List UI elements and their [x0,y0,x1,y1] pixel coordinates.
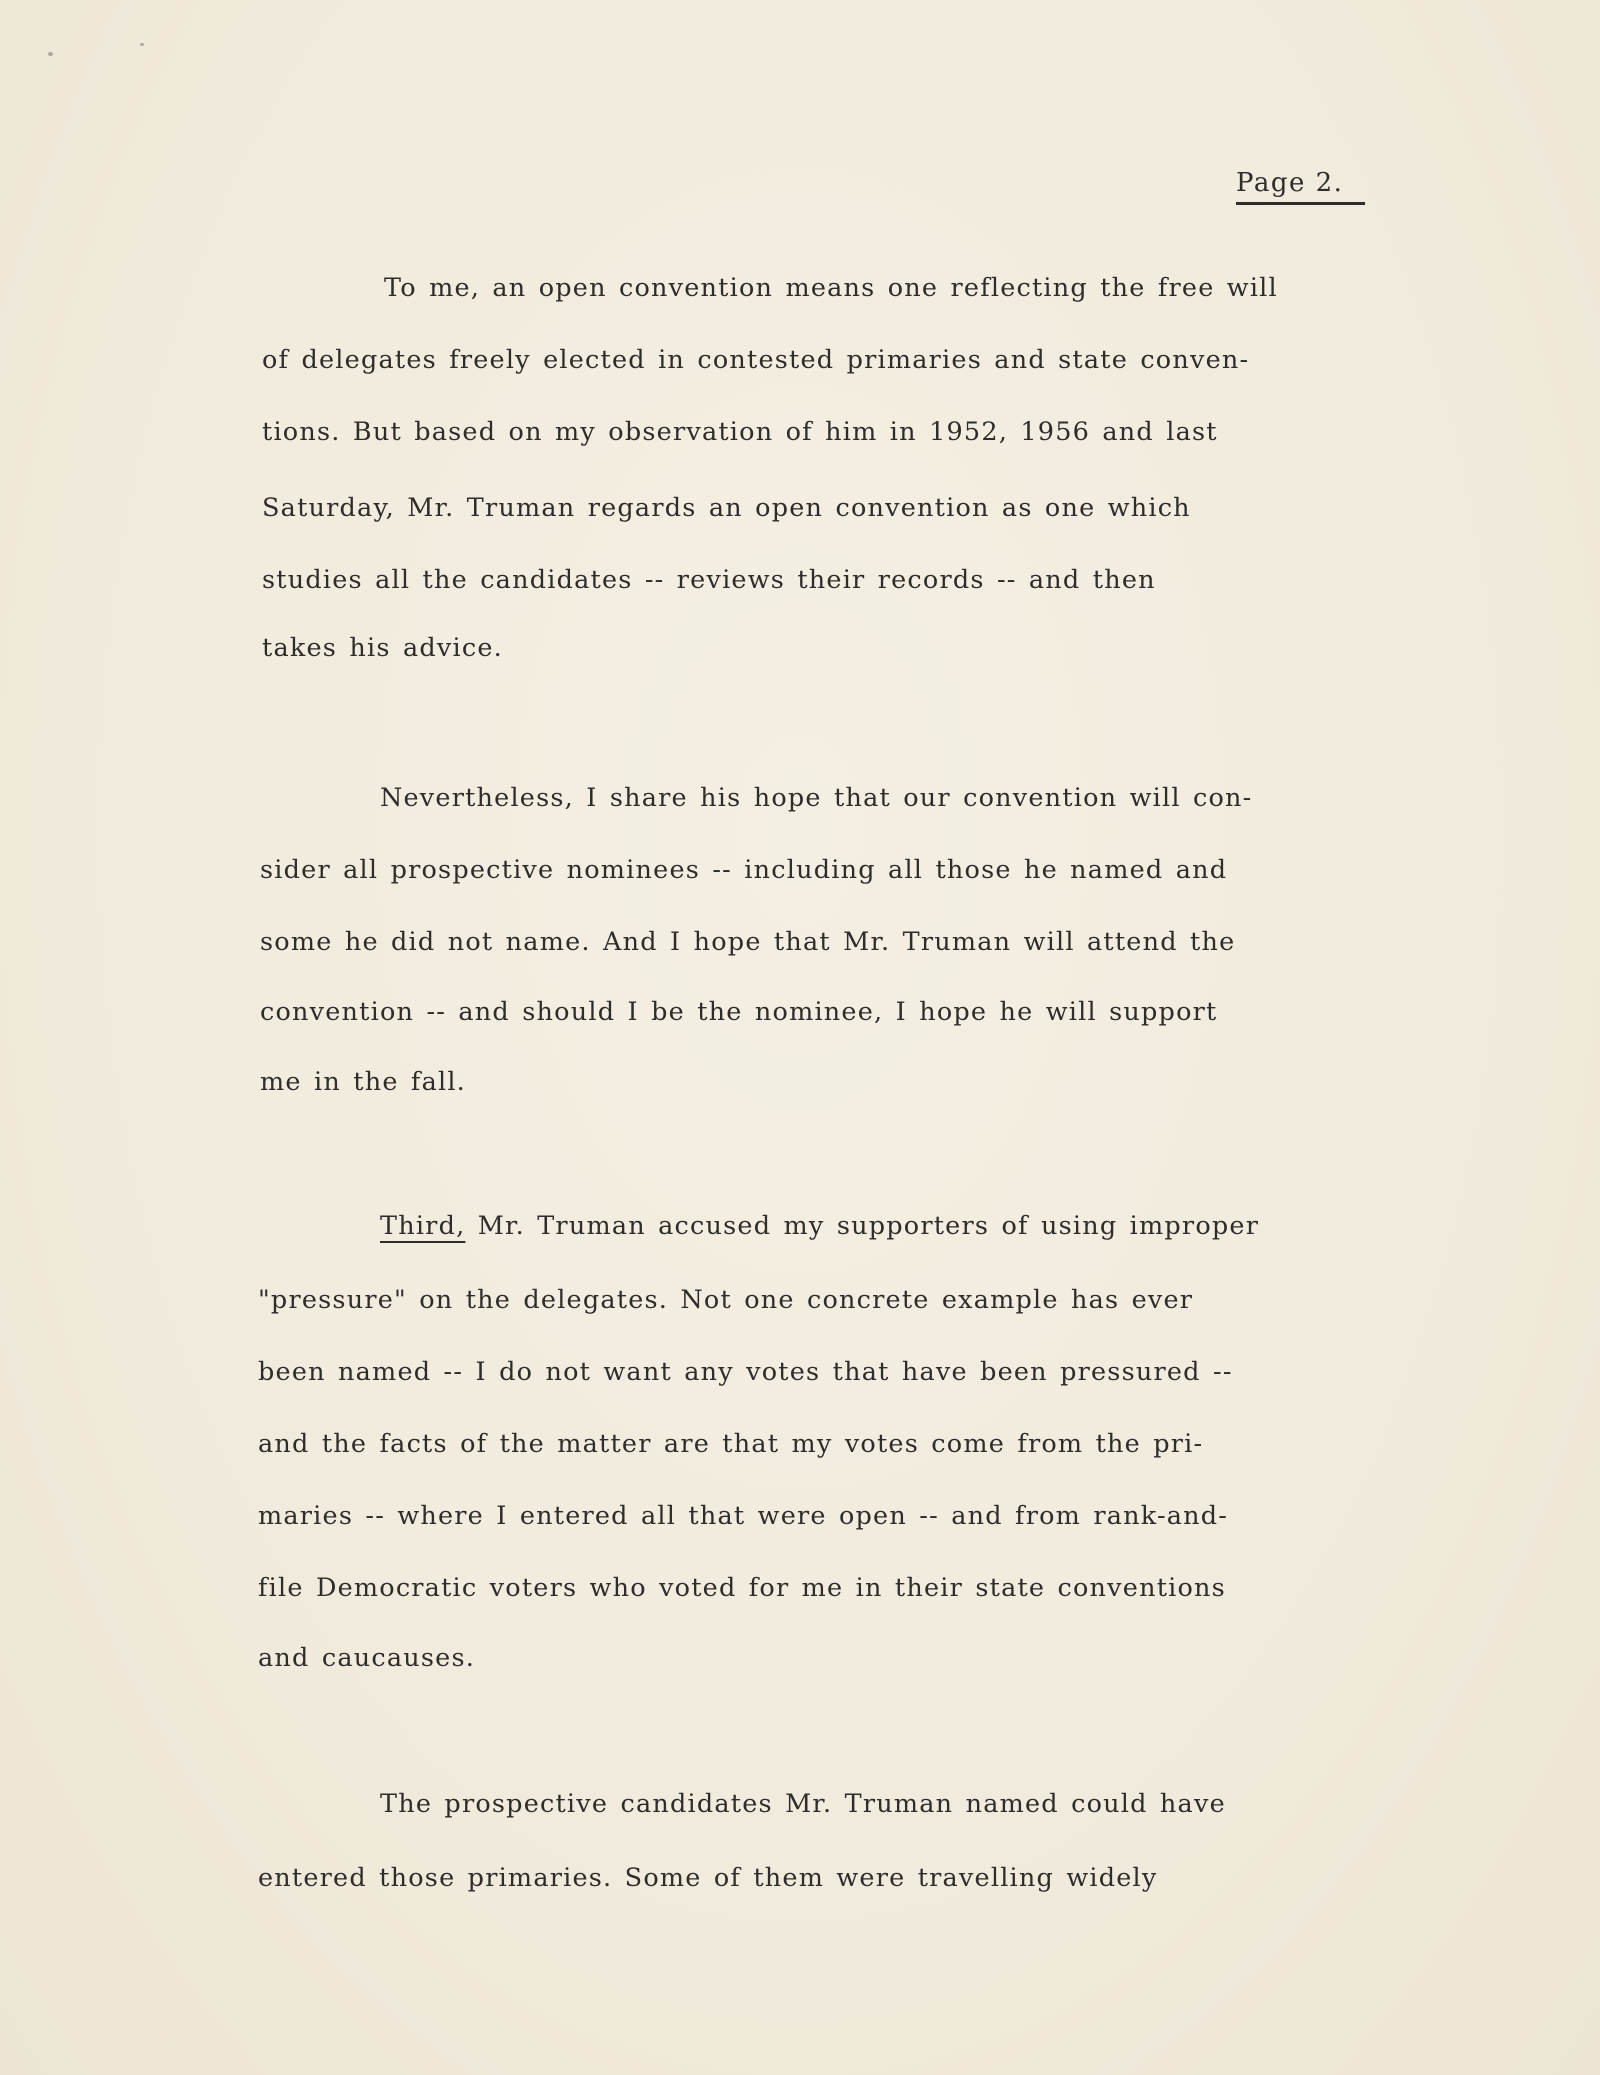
text-line: Third, Mr. Truman accused my supporters … [380,1214,1259,1240]
text-line: studies all the candidates -- reviews th… [262,568,1156,594]
text-line: file Democratic voters who voted for me … [258,1576,1226,1602]
page-number-underline [1236,202,1365,205]
text-line: takes his advice. [262,636,503,662]
document-page: Page 2. To me, an open convention means … [0,0,1600,2075]
text-line: Saturday, Mr. Truman regards an open con… [262,496,1191,522]
text-line: To me, an open convention means one refl… [384,276,1278,302]
text-line: convention -- and should I be the nomine… [260,1000,1217,1026]
text-line: maries -- where I entered all that were … [258,1504,1228,1530]
paper-speck [48,52,53,56]
underlined-lead-word: Third, [380,1211,465,1241]
text-line: Nevertheless, I share his hope that our … [380,786,1252,812]
text-line: of delegates freely elected in contested… [262,348,1249,374]
page-number: Page 2. [1236,168,1343,198]
text-line: and the facts of the matter are that my … [258,1432,1203,1458]
paper-speck [140,43,144,46]
text-line: sider all prospective nominees -- includ… [260,858,1227,884]
text-line: me in the fall. [260,1070,466,1096]
text-line-rest: Mr. Truman accused my supporters of usin… [465,1211,1259,1241]
text-line: some he did not name. And I hope that Mr… [260,930,1235,956]
text-line: and caucauses. [258,1646,475,1672]
text-line: The prospective candidates Mr. Truman na… [380,1792,1226,1818]
text-line: been named -- I do not want any votes th… [258,1360,1233,1386]
text-line: tions. But based on my observation of hi… [262,420,1218,446]
text-line: entered those primaries. Some of them we… [258,1866,1158,1892]
text-line: "pressure" on the delegates. Not one con… [258,1288,1193,1314]
